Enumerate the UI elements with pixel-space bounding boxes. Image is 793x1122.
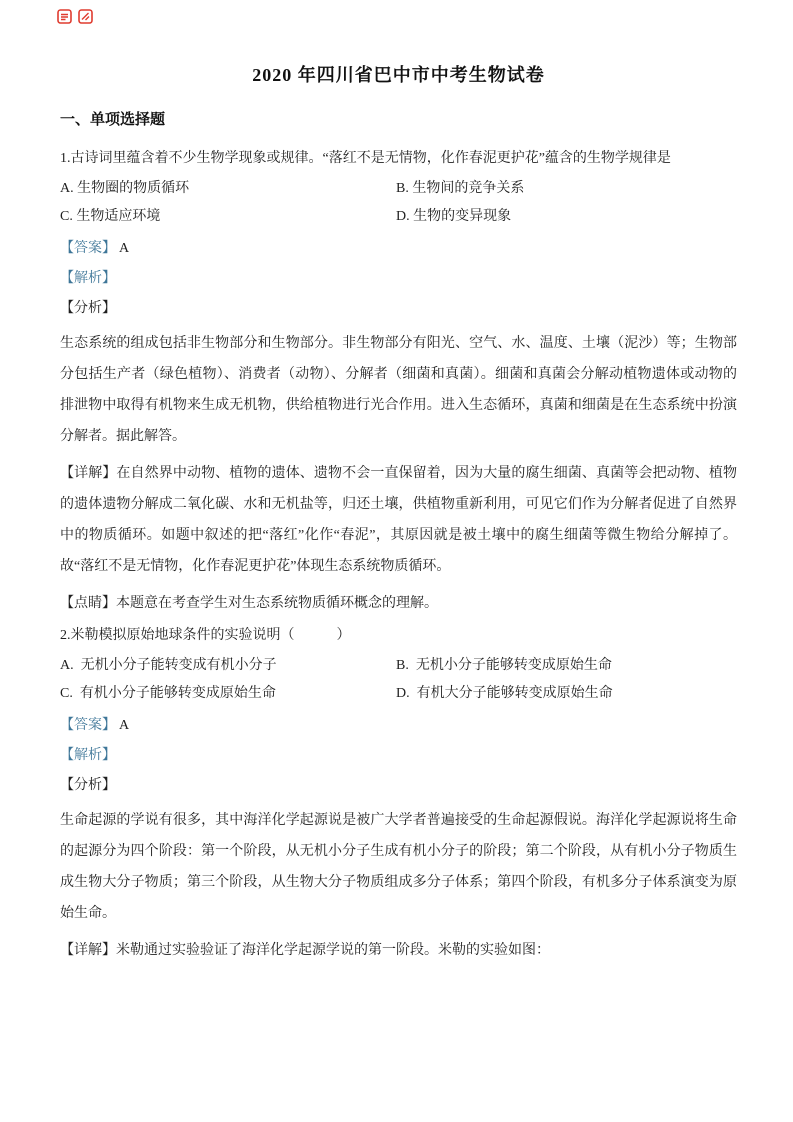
question-2-option-a: A. 无机小分子能转变成有机小分子 [60, 655, 396, 676]
answer-tag: 【答案】 [60, 241, 116, 256]
question-2-option-c: C. 有机小分子能够转变成原始生命 [60, 683, 396, 704]
question-2-option-b: B. 无机小分子能够转变成原始生命 [396, 655, 737, 676]
question-1-option-b: B. 生物间的竞争关系 [396, 178, 737, 199]
question-2-answer-line: 【答案】A [60, 715, 737, 736]
section-heading: 一、单项选择题 [60, 110, 737, 130]
question-2-detail-paragraph: 【详解】米勒通过实验验证了海洋化学起源学说的第一阶段。米勒的实验如图： [60, 935, 737, 966]
option-row: C. 生物适应环境 D. 生物的变异现象 [60, 206, 737, 227]
question-2-breakdown-tag: 【分析】 [60, 775, 737, 796]
question-1-tip-paragraph: 【点睛】本题意在考查学生对生态系统物质循环概念的理解。 [60, 588, 737, 619]
option-row: C. 有机小分子能够转变成原始生命 D. 有机大分子能够转变成原始生命 [60, 683, 737, 704]
corner-markers [57, 9, 93, 24]
answer-value: A [119, 241, 129, 256]
question-2-options: A. 无机小分子能转变成有机小分子 B. 无机小分子能够转变成原始生命 C. 有… [60, 655, 737, 704]
question-1-breakdown-paragraph: 生态系统的组成包括非生物部分和生物部分。非生物部分有阳光、空气、水、温度、土壤（… [60, 328, 737, 452]
option-row: A. 生物圈的物质循环 B. 生物间的竞争关系 [60, 178, 737, 199]
answer-value: A [119, 718, 129, 733]
question-2-analysis-tag: 【解析】 [60, 745, 737, 766]
question-1-analysis-tag: 【解析】 [60, 268, 737, 289]
page-title: 2020 年四川省巴中市中考生物试卷 [60, 62, 737, 88]
question-2-option-d: D. 有机大分子能够转变成原始生命 [396, 683, 737, 704]
exam-document-page: 2020 年四川省巴中市中考生物试卷 一、单项选择题 1.古诗词里蕴含着不少生物… [0, 0, 793, 1122]
question-1-detail-paragraph: 【详解】在自然界中动物、植物的遗体、遗物不会一直保留着，因为大量的腐生细菌、真菌… [60, 458, 737, 582]
question-2-breakdown-paragraph: 生命起源的学说有很多，其中海洋化学起源说是被广大学者普遍接受的生命起源假说。海洋… [60, 805, 737, 929]
option-row: A. 无机小分子能转变成有机小分子 B. 无机小分子能够转变成原始生命 [60, 655, 737, 676]
red-stamp-icon-2 [78, 9, 93, 24]
question-1-options: A. 生物圈的物质循环 B. 生物间的竞争关系 C. 生物适应环境 D. 生物的… [60, 178, 737, 227]
question-1-option-c: C. 生物适应环境 [60, 206, 396, 227]
red-stamp-icon-1 [57, 9, 72, 24]
question-1-option-a: A. 生物圈的物质循环 [60, 178, 396, 199]
answer-tag: 【答案】 [60, 718, 116, 733]
question-2-text: 2.米勒模拟原始地球条件的实验说明（ ） [60, 625, 737, 646]
question-1-text: 1.古诗词里蕴含着不少生物学现象或规律。“落红不是无情物，化作春泥更护花”蕴含的… [60, 148, 737, 169]
question-1-answer-line: 【答案】A [60, 238, 737, 259]
question-1-option-d: D. 生物的变异现象 [396, 206, 737, 227]
question-1-breakdown-tag: 【分析】 [60, 298, 737, 319]
